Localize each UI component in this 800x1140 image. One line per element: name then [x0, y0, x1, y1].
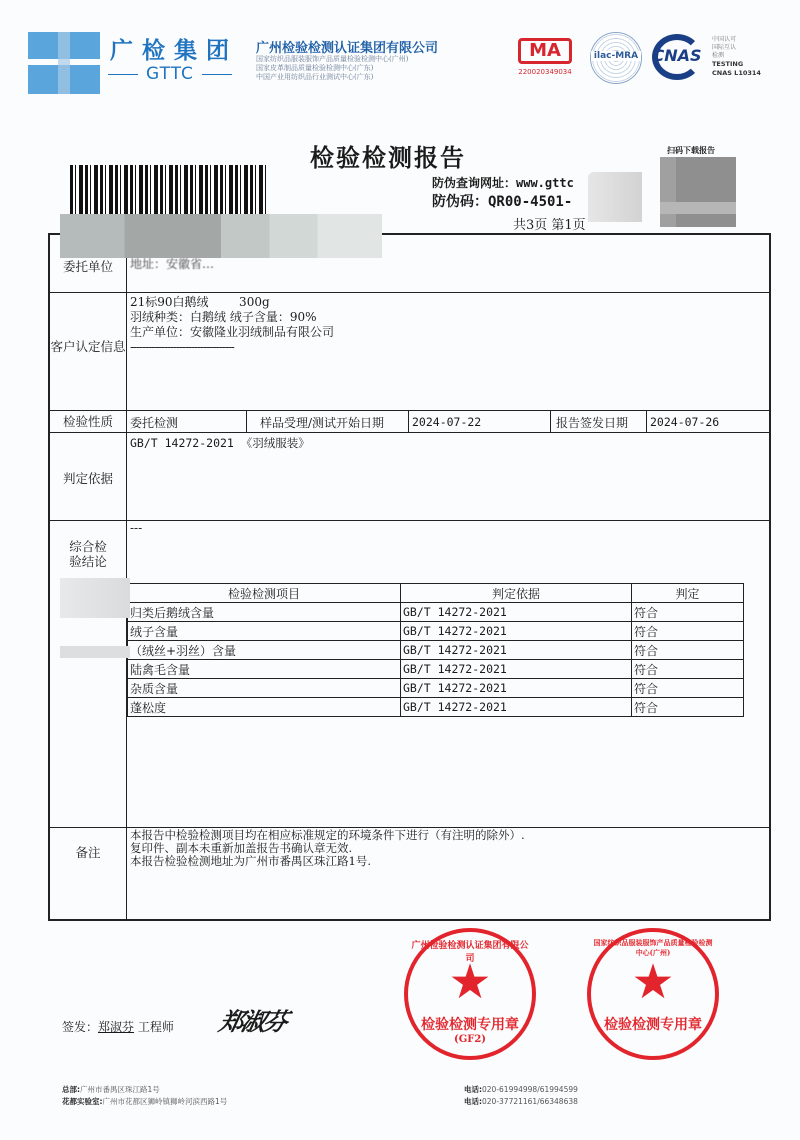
cma-logo: MA 220020349034: [514, 38, 576, 78]
issue-date-label: 报告签发日期: [556, 414, 628, 431]
issuer-title: 工程师: [138, 1020, 174, 1034]
cnas-number: CNAS L10314: [712, 69, 761, 77]
cell-basis: GB/T 14272-2021: [401, 641, 632, 660]
remarks-label: 备注: [50, 845, 126, 860]
customer-info-label: 客户认定信息: [50, 339, 126, 354]
seal-use-text: 检验检测专用章: [591, 1014, 715, 1034]
table-row: 杂质含量GB/T 14272-2021符合: [128, 679, 744, 698]
cell-item: （绒丝+羽丝）含量: [128, 641, 401, 660]
ilac-label: ilac-MRA: [591, 51, 641, 61]
inspection-type-value: 委托检测: [130, 414, 178, 431]
cell-basis: GB/T 14272-2021: [401, 698, 632, 717]
col-header-item: 检验检测项目: [128, 584, 401, 603]
col-header-result: 判定: [632, 584, 744, 603]
test-items-table: 检验检测项目 判定依据 判定 归类后鹅绒含量GB/T 14272-2021符合绒…: [127, 583, 744, 717]
brand-name-en: GTTC: [108, 64, 232, 84]
gttc-logo-mark: [28, 32, 100, 94]
redacted-area: [60, 578, 130, 618]
lab-label: 花都实验室:: [62, 1097, 103, 1106]
hq-address: 广州市番禺区珠江路1号: [80, 1085, 160, 1094]
items-header-row: 检验检测项目 判定依据 判定: [128, 584, 744, 603]
cell-basis: GB/T 14272-2021: [401, 660, 632, 679]
basis-value: GB/T 14272-2021 《羽绒服装》: [130, 435, 310, 451]
issue-date-value: 2024-07-26: [650, 415, 719, 429]
conclusion-value: ---: [130, 521, 142, 535]
footer-phones: 电话:020-61994998/61994599 电话:020-37721161…: [464, 1084, 578, 1108]
table-row: 归类后鹅绒含量GB/T 14272-2021符合: [128, 603, 744, 622]
client-label: 委托单位: [50, 259, 126, 274]
basis-label: 判定依据: [50, 471, 126, 486]
handwritten-signature: 郑淑芬: [216, 1002, 289, 1037]
cell-result: 符合: [632, 641, 744, 660]
table-row: （绒丝+羽丝）含量GB/T 14272-2021符合: [128, 641, 744, 660]
anti-fake-code: 防伪码：QR00-4501-: [432, 191, 572, 211]
table-row: 蓬松度GB/T 14272-2021符合: [128, 698, 744, 717]
inspection-type-label: 检验性质: [50, 414, 126, 429]
company-sub-lines: 国家纺织品服装服饰产品质量检验检测中心(广州) 国家皮革制品质量检验检测中心(广…: [256, 55, 408, 82]
seal-code: (GF2): [408, 1034, 532, 1045]
star-icon: ★: [408, 958, 532, 1006]
col-header-basis: 判定依据: [401, 584, 632, 603]
customer-info-line: ----------------------------------: [130, 340, 334, 355]
cell-result: 符合: [632, 622, 744, 641]
cnas-label: CNAS: [648, 46, 706, 65]
seal-use-text: 检验检测专用章: [408, 1014, 532, 1034]
cnas-line: 检测: [712, 52, 761, 60]
company-seal: 广州检验检测认证集团有限公司 ★ 检验检测专用章 (GF2): [404, 928, 536, 1060]
report-title: 检验检测报告: [310, 138, 466, 173]
barcode: [70, 165, 266, 215]
cell-result: 符合: [632, 603, 744, 622]
cell-result: 符合: [632, 698, 744, 717]
page-count: 共3页 第1页: [513, 214, 586, 233]
center-seal: 国家纺织品服装服饰产品质量检验检测中心(广州) ★ 检验检测专用章: [587, 928, 719, 1060]
cnas-testing: TESTING: [712, 60, 743, 68]
sign-label: 签发：: [62, 1020, 98, 1034]
remark-line: 本报告检验检测地址为广州市番禺区珠江路1号.: [130, 855, 525, 868]
qr-code[interactable]: [660, 157, 736, 227]
phone-label: 电话:: [464, 1085, 482, 1094]
sub-line: 国家皮革制品质量检验检测中心(广东): [256, 64, 408, 73]
brand-en-text: GTTC: [146, 64, 194, 84]
cell-item: 绒子含量: [128, 622, 401, 641]
issuer-name: 郑淑芬: [98, 1020, 134, 1034]
conclusion-label: 综合检验结论: [50, 539, 126, 569]
redacted-area: [60, 646, 130, 658]
phone-number: 020-37721161/66348638: [482, 1097, 578, 1106]
company-name: 广州检验检测认证集团有限公司: [256, 37, 438, 56]
sample-date-value: 2024-07-22: [412, 415, 481, 429]
sample-date-label: 样品受理/测试开始日期: [260, 414, 384, 431]
cnas-logo: CNAS: [648, 34, 706, 80]
cell-item: 杂质含量: [128, 679, 401, 698]
cell-basis: GB/T 14272-2021: [401, 603, 632, 622]
table-row: 绒子含量GB/T 14272-2021符合: [128, 622, 744, 641]
cell-item: 蓬松度: [128, 698, 401, 717]
cell-result: 符合: [632, 660, 744, 679]
cnas-text: 中国认可 国际互认 检测 TESTING CNAS L10314: [712, 36, 761, 78]
customer-info-line: 羽绒种类：白鹅绒 绒子含量：90%: [130, 310, 334, 325]
table-row: 陆禽毛含量GB/T 14272-2021符合: [128, 660, 744, 679]
cell-item: 归类后鹅绒含量: [128, 603, 401, 622]
sub-line: 国家纺织品服装服饰产品质量检验检测中心(广州): [256, 55, 408, 64]
cma-label: MA: [518, 38, 572, 64]
cell-result: 符合: [632, 679, 744, 698]
customer-info-line: 生产单位：安徽隆业羽绒制品有限公司: [130, 325, 334, 340]
brand-name-cn: 广检集团: [110, 32, 238, 65]
report-table: 委托单位 地址：安徽省… 客户认定信息 21标90白鹅绒 300g 羽绒种类：白…: [48, 233, 771, 921]
remarks: 本报告中检验检测项目均在相应标准规定的环境条件下进行（有注明的除外）. 复印件、…: [130, 829, 525, 868]
star-icon: ★: [591, 958, 715, 1006]
phone-label: 电话:: [464, 1097, 482, 1106]
footer-addresses: 总部:广州市番禺区珠江路1号 花都实验室:广州市花都区狮岭镇狮岭河滨西路1号: [62, 1084, 227, 1108]
cnas-line: 中国认可: [712, 36, 761, 44]
scan-download-label: 扫码下载报告: [667, 145, 715, 156]
issuer-signature-line: 签发：郑淑芬 工程师: [62, 1018, 174, 1035]
lab-address: 广州市花都区狮岭镇狮岭河滨西路1号: [103, 1097, 228, 1106]
customer-info-line: 21标90白鹅绒 300g: [130, 295, 334, 310]
redacted-area: [588, 172, 642, 222]
cma-number: 220020349034: [514, 68, 576, 76]
cell-item: 陆禽毛含量: [128, 660, 401, 679]
anti-fake-url: 防伪查询网址：www.gttc: [432, 174, 574, 191]
ilac-mra-logo: ilac-MRA: [590, 32, 642, 84]
hq-label: 总部:: [62, 1085, 80, 1094]
phone-number: 020-61994998/61994599: [482, 1085, 578, 1094]
sub-line: 中国产业用纺织品行业测试中心(广东): [256, 73, 408, 82]
cell-basis: GB/T 14272-2021: [401, 622, 632, 641]
cell-basis: GB/T 14272-2021: [401, 679, 632, 698]
customer-info: 21标90白鹅绒 300g 羽绒种类：白鹅绒 绒子含量：90% 生产单位：安徽隆…: [130, 295, 334, 355]
cnas-line: 国际互认: [712, 44, 761, 52]
redacted-area: [60, 214, 382, 258]
